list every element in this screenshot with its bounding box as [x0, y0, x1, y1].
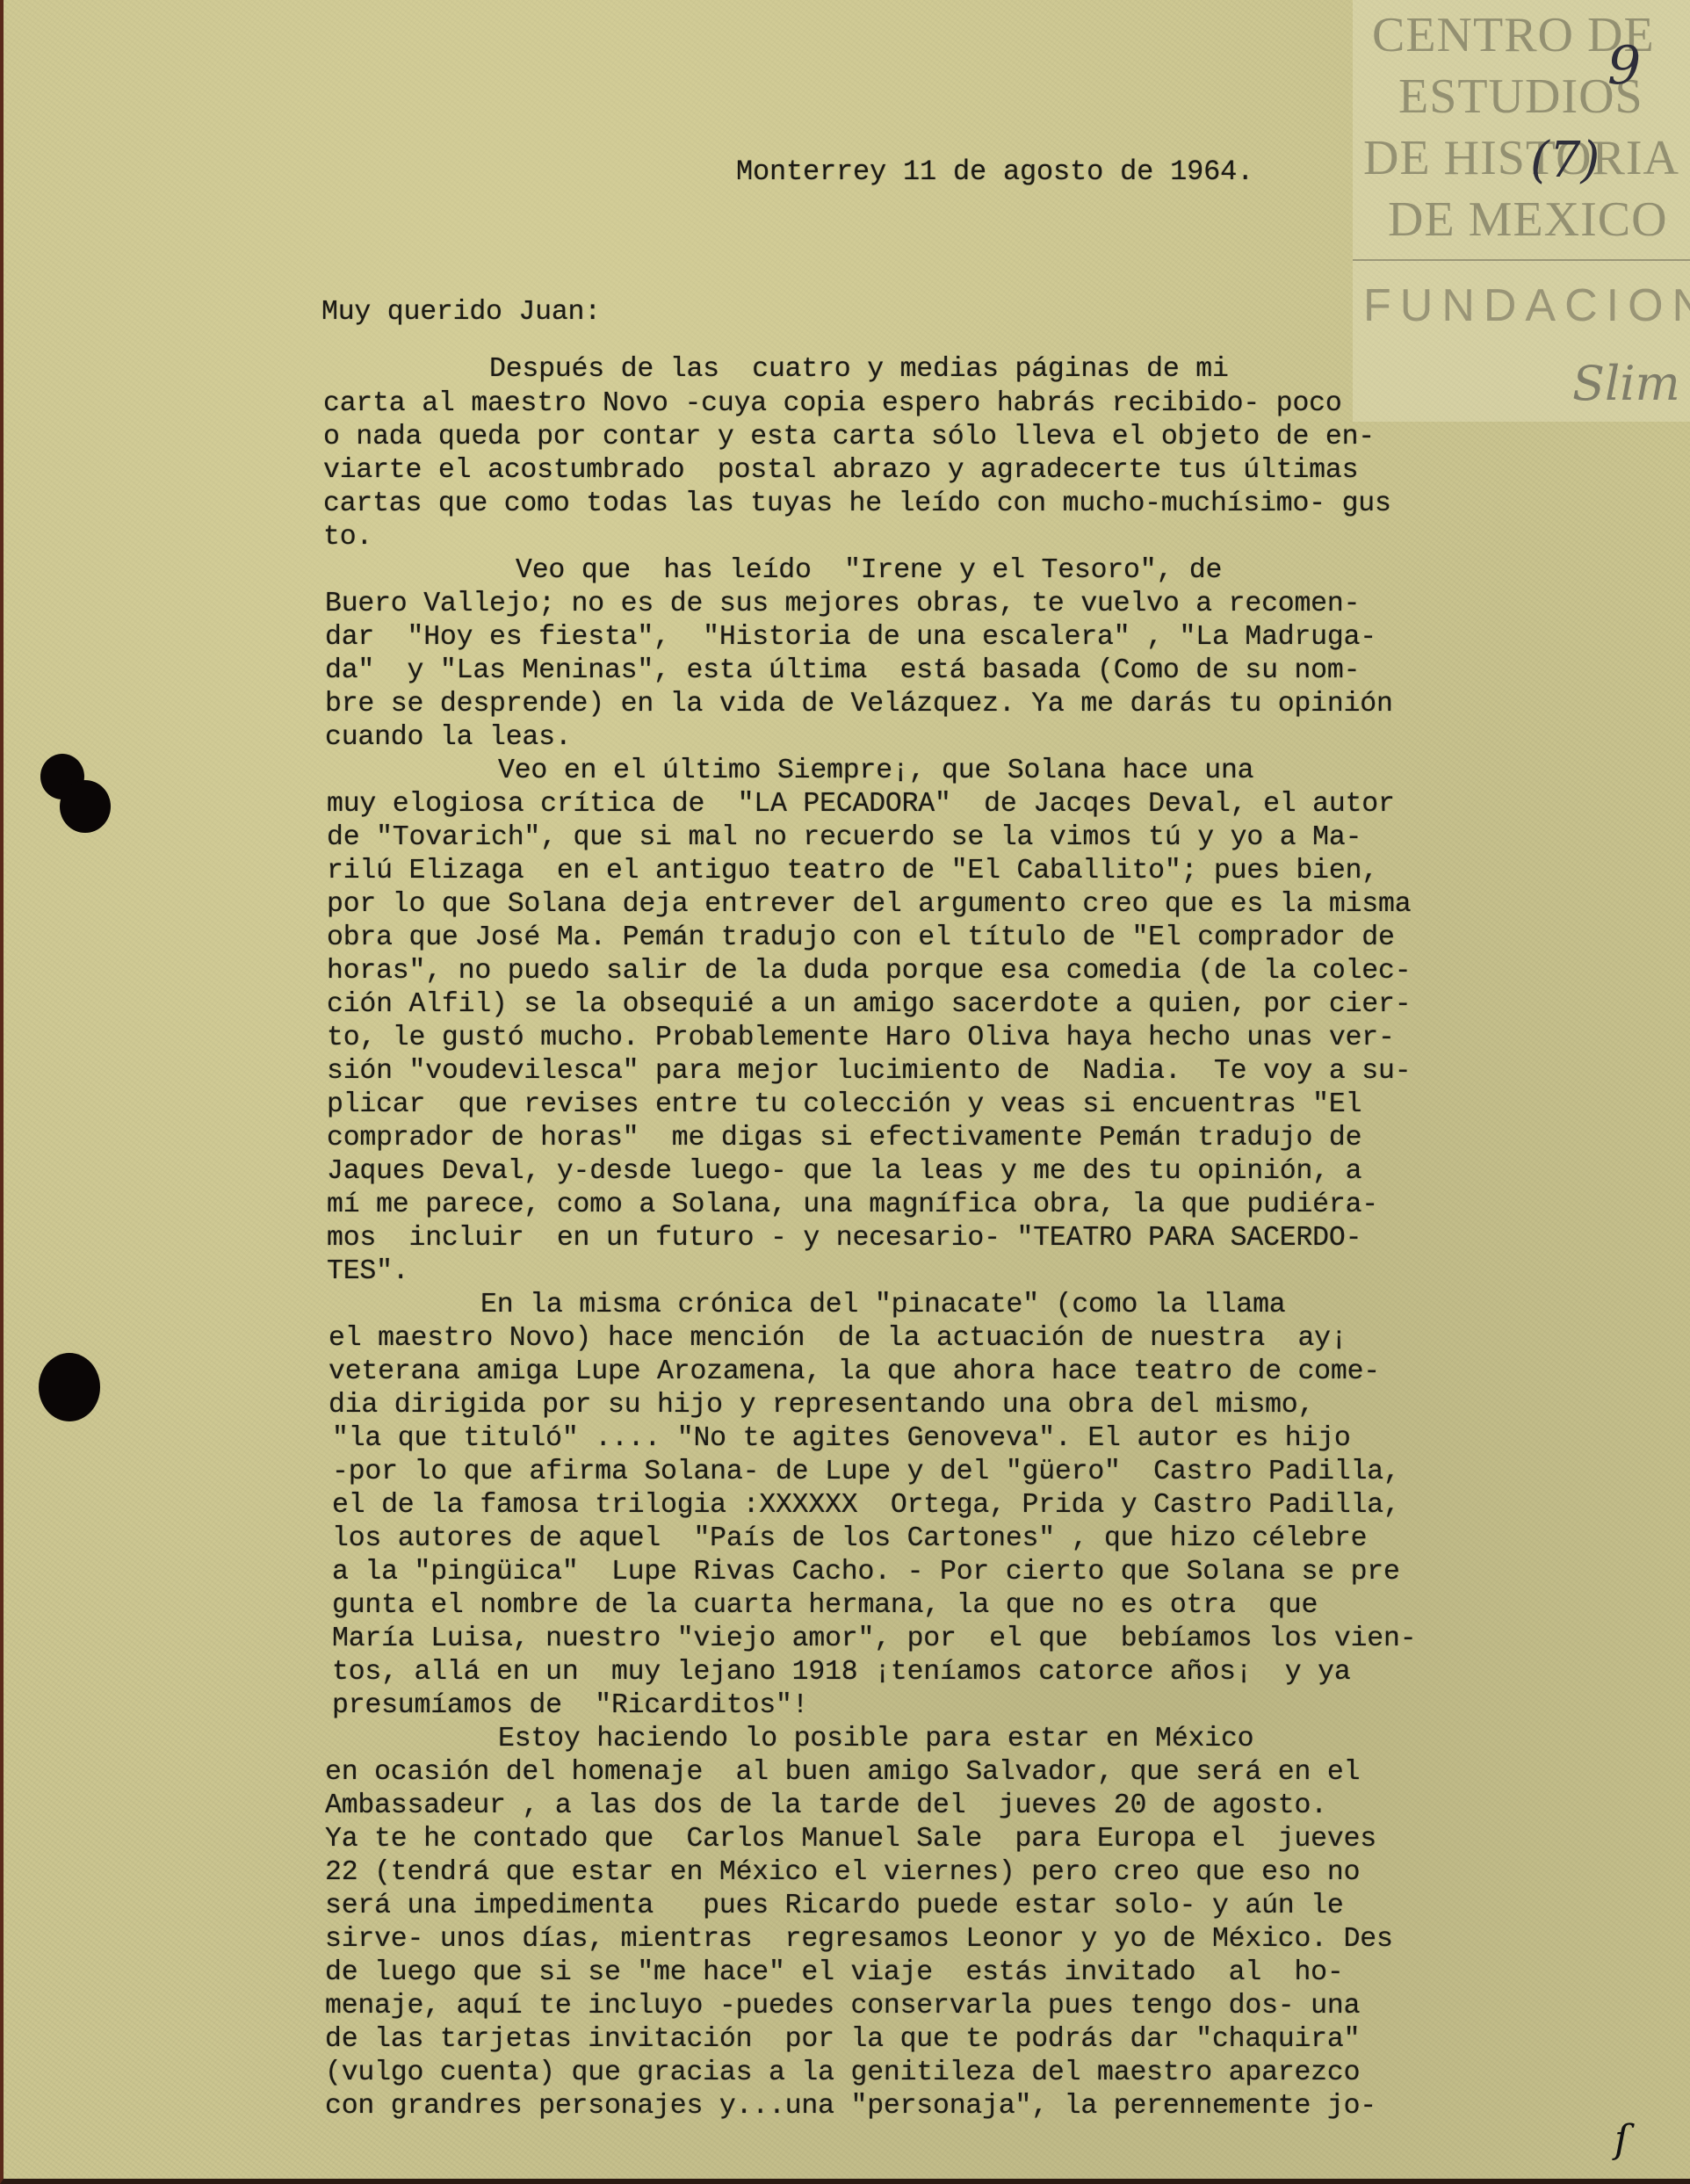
body-line: plicar que revises entre tu colección y … [327, 1091, 1361, 1119]
body-line: Ya te he contado que Carlos Manuel Sale … [325, 1826, 1376, 1854]
body-line: tos, allá en un muy lejano 1918 ¡teníamo… [332, 1659, 1351, 1687]
body-line: comprador de horas" me digas si efectiva… [327, 1125, 1361, 1153]
stamp-line-2: ESTUDIOS [1398, 72, 1643, 121]
body-line: horas", no puedo salir de la duda porque… [327, 958, 1411, 986]
handwritten-page-number: 9 [1607, 35, 1641, 97]
body-line: obra que José Ma. Pemán tradujo con el t… [327, 924, 1395, 952]
body-line: En la misma crónica del "pinacate" (como… [316, 1291, 1285, 1320]
body-line: cuando la leas. [325, 724, 572, 752]
body-line: dia dirigida por su hijo y representando… [329, 1392, 1314, 1420]
body-line: sión "voudevilesca" para mejor lucimient… [327, 1058, 1411, 1086]
body-line: (vulgo cuenta) que gracias a la genitile… [325, 2059, 1360, 2087]
body-line: sirve- unos días, mientras regresamos Le… [325, 1926, 1393, 1954]
handwritten-signature: Slim [1572, 356, 1680, 411]
body-line: -por lo que afirma Solana- de Lupe y del… [332, 1458, 1400, 1486]
body-line: de "Tovarich", que si mal no recuerdo se… [327, 824, 1361, 852]
body-line: cartas que como todas las tuyas he leído… [323, 490, 1391, 518]
body-line: el de la famosa trilogia :XXXXXX Ortega,… [332, 1492, 1400, 1520]
margin-mark: ſ [1614, 2117, 1629, 2162]
body-line: 22 (tendrá que estar en México el vierne… [325, 1859, 1360, 1887]
binder-hole-top-b [60, 780, 111, 833]
body-line: veterana amiga Lupe Arozamena, la que ah… [329, 1358, 1380, 1386]
body-line: en ocasión del homenaje al buen amigo Sa… [325, 1759, 1360, 1787]
body-line: "la que tituló" .... "No te agites Genov… [332, 1425, 1351, 1453]
stamp-foundation: FUNDACION [1363, 279, 1690, 332]
body-line: gunta el nombre de la cuarta hermana, la… [332, 1592, 1318, 1620]
letter-salutation: Muy querido Juan: [321, 299, 601, 327]
body-line: con grandres personajes y...una "persona… [325, 2093, 1376, 2121]
body-line: o nada queda por contar y esta carta sól… [323, 423, 1375, 452]
body-line: el maestro Novo) hace mención de la actu… [329, 1325, 1347, 1353]
body-line: de las tarjetas invitación por la que te… [325, 2026, 1360, 2054]
body-line: presumíamos de "Ricarditos"! [332, 1692, 808, 1720]
body-line: bre se desprende) en la vida de Velázque… [325, 691, 1393, 719]
body-line: a la "pingüica" Lupe Rivas Cacho. - Por … [332, 1558, 1400, 1587]
body-line: Después de las cuatro y medias páginas d… [325, 356, 1229, 384]
body-line: los autores de aquel "País de los Carton… [332, 1525, 1367, 1553]
body-line: será una impedimenta pues Ricardo puede … [325, 1892, 1344, 1920]
body-line: rilú Elizaga en el antiguo teatro de "El… [327, 857, 1378, 886]
body-line: mí me parece, como a Solana, una magnífi… [327, 1191, 1378, 1219]
body-line: muy elogiosa crítica de "LA PECADORA" de… [327, 791, 1395, 819]
body-line: Buero Vallejo; no es de sus mejores obra… [325, 590, 1360, 618]
body-line: da" y "Las Meninas", esta última está ba… [325, 657, 1360, 685]
body-line: mos incluir en un futuro - y necesario- … [327, 1225, 1361, 1253]
stamp-line-3: DE HISTORIA [1363, 134, 1679, 183]
body-line: María Luisa, nuestro "viejo amor", por e… [332, 1625, 1416, 1653]
body-line: menaje, aquí te incluyo -puedes conserva… [325, 1992, 1360, 2021]
body-line: viarte el acostumbrado postal abrazo y a… [323, 457, 1358, 485]
body-line: TES". [327, 1258, 409, 1286]
body-line: Veo que has leído "Irene y el Tesoro", d… [351, 557, 1222, 585]
letter-date: Monterrey 11 de agosto de 1964. [736, 158, 1253, 186]
body-line: carta al maestro Novo -cuya copia espero… [323, 390, 1342, 418]
stamp-divider [1353, 259, 1690, 261]
body-line: Jaques Deval, y-desde luego- que la leas… [327, 1158, 1361, 1186]
stamp-line-4: DE MEXICO [1388, 195, 1668, 244]
body-line: de luego que si se "me hace" el viaje es… [325, 1959, 1344, 1987]
body-line: dar "Hoy es fiesta", "Historia de una es… [325, 624, 1376, 652]
binder-hole-bottom [39, 1353, 100, 1421]
body-line: Ambassadeur , a las dos de la tarde del … [325, 1792, 1327, 1820]
body-line: por lo que Solana deja entrever del argu… [327, 891, 1411, 919]
body-line: to, le gustó mucho. Probablemente Haro O… [327, 1024, 1395, 1052]
body-line: Estoy haciendo lo posible para estar en … [334, 1725, 1253, 1754]
handwritten-folio: (7) [1530, 132, 1600, 189]
body-line: to. [323, 524, 372, 552]
body-line: ción Alfil) se la obsequié a un amigo sa… [327, 991, 1411, 1019]
body-line: Veo en el último Siempre¡, que Solana ha… [334, 757, 1253, 785]
